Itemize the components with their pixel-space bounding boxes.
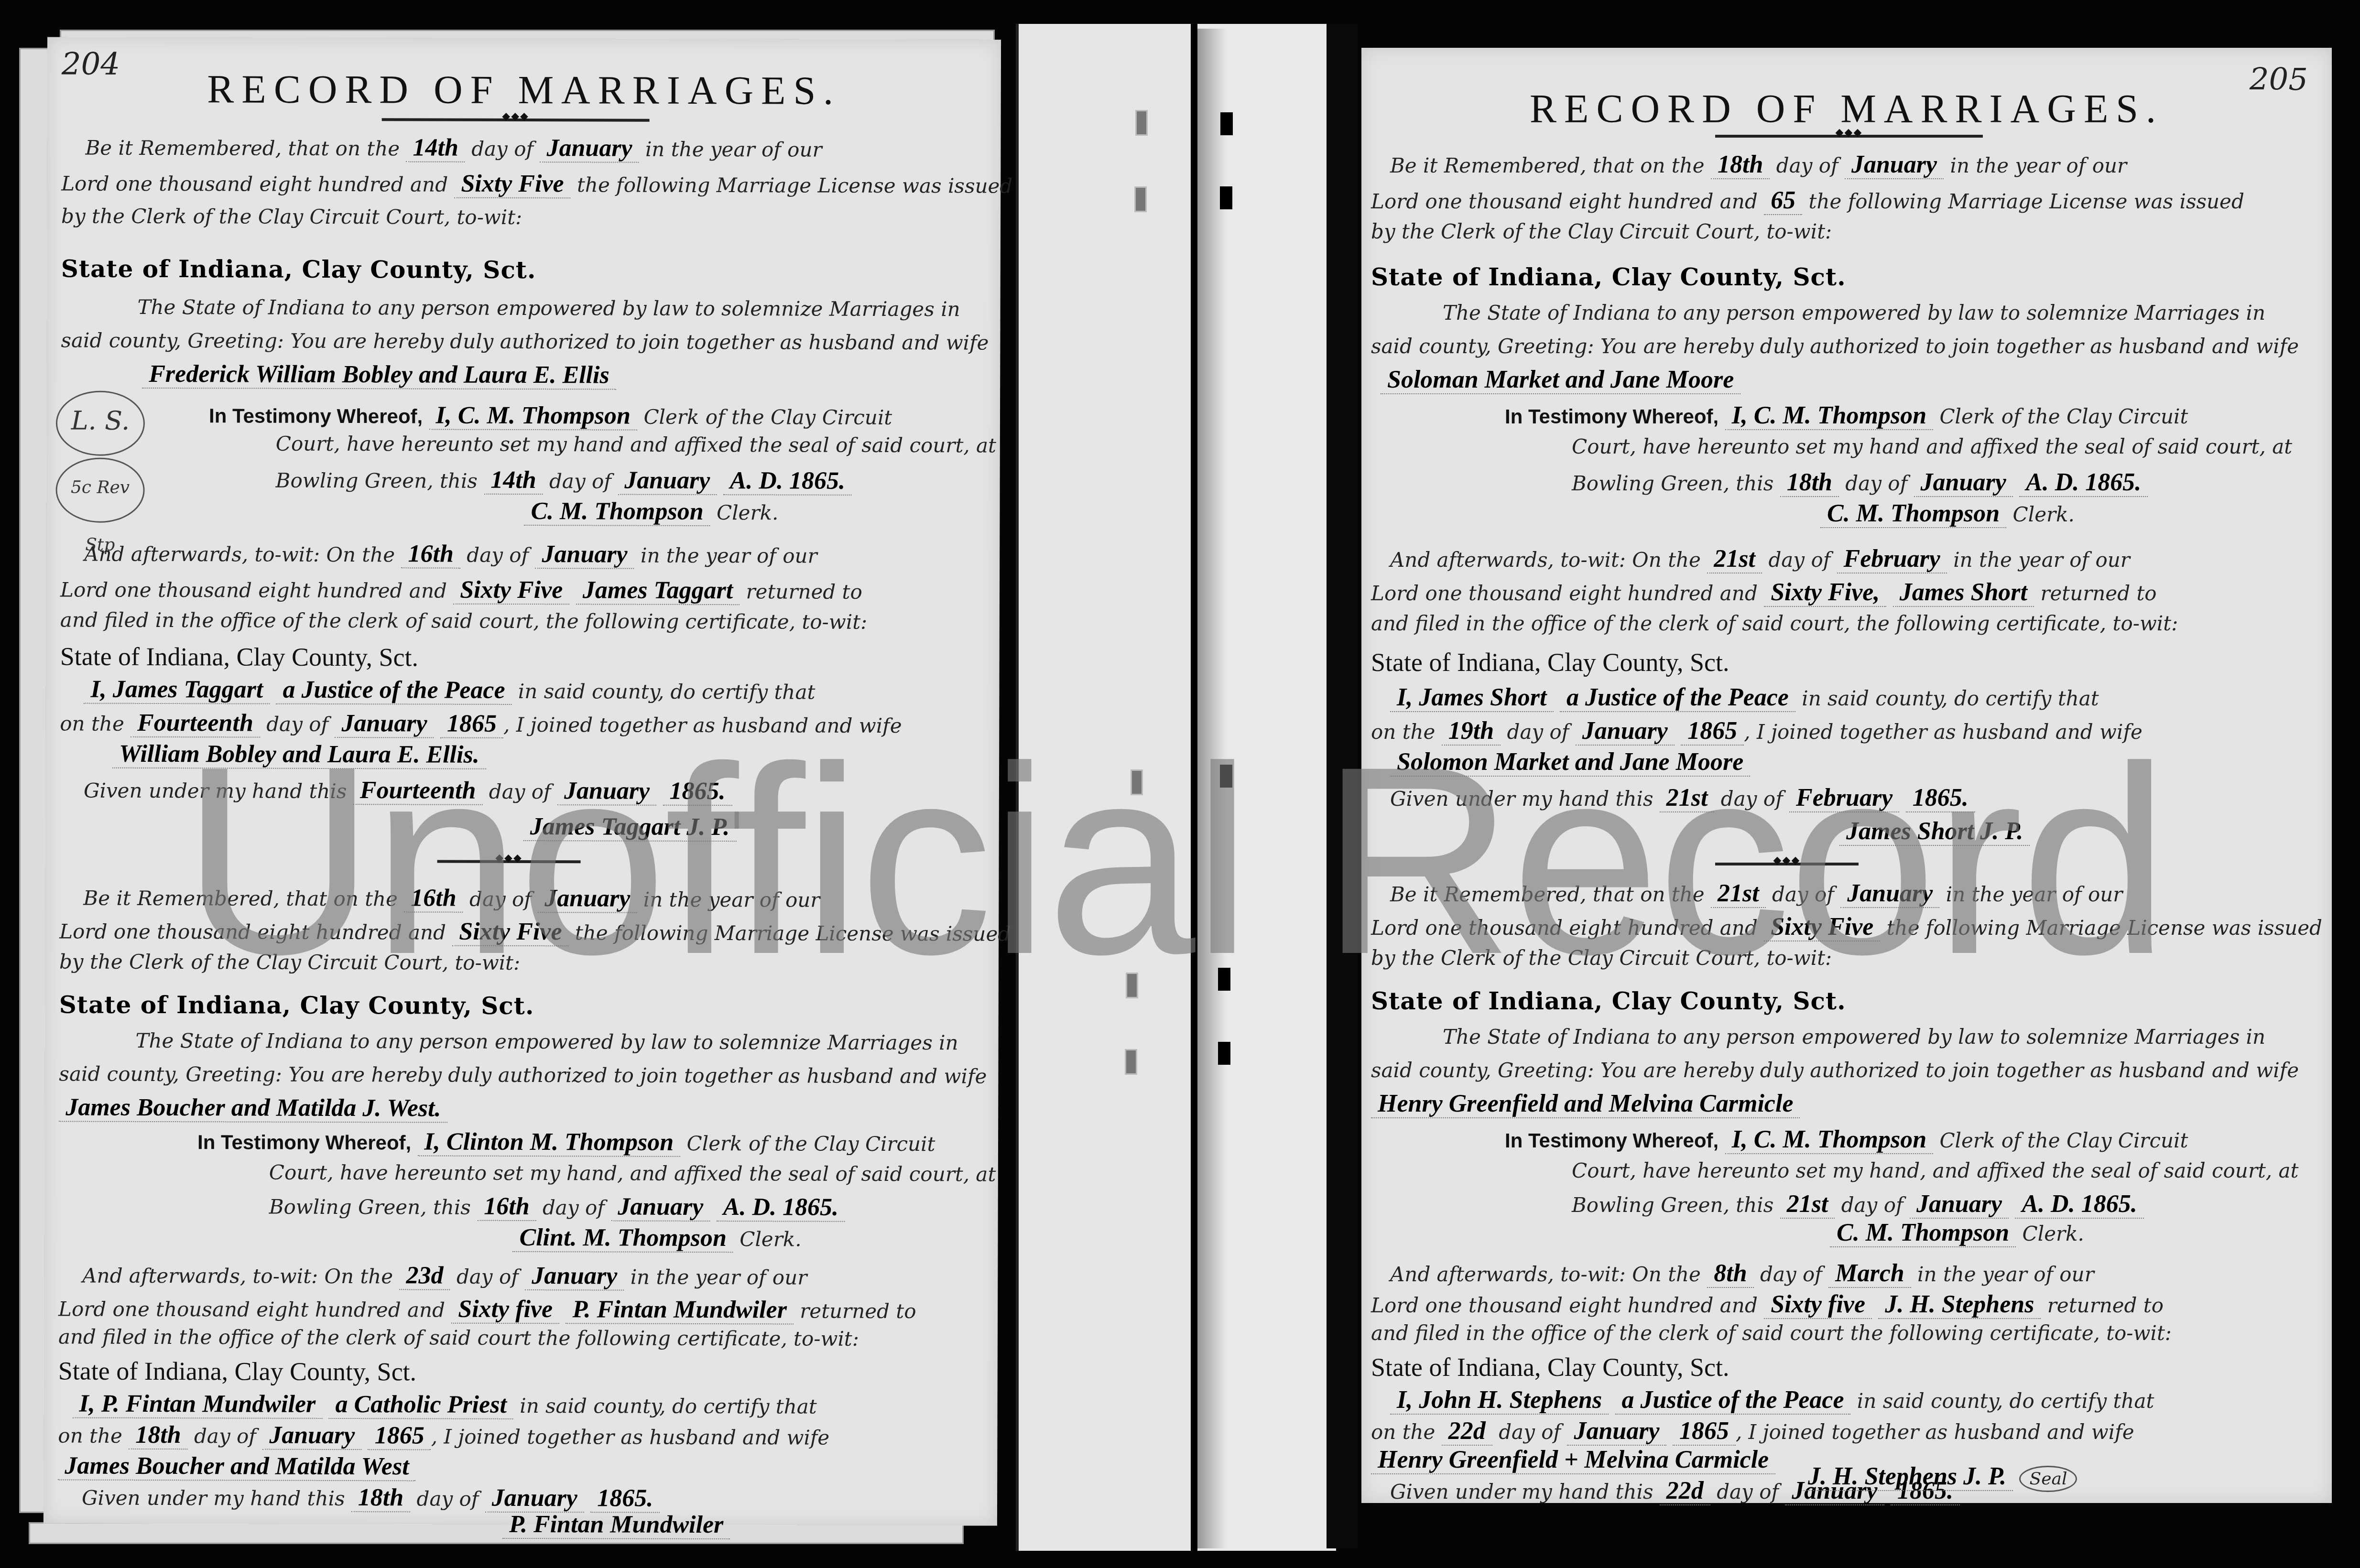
license-line-3: by the Clerk of the Clay Circuit Court, …	[61, 204, 522, 229]
court-line: Court, have hereunto set my hand, and af…	[269, 1161, 996, 1186]
license-line-1: Be it Remembered, that on the 14th day o…	[85, 133, 822, 163]
gutter-gap	[1327, 24, 1358, 1548]
page-title: RECORD OF MARRIAGES.	[47, 65, 1001, 114]
binding-hole	[1134, 186, 1147, 212]
ornament-divider	[382, 118, 650, 121]
return-line-3: and filed in the office of the clerk of …	[58, 1325, 859, 1350]
return-line-1: And afterwards, to-wit: On the 8th day o…	[1390, 1259, 2094, 1287]
clerk-signature-line: Clint. M. Thompson Clerk.	[512, 1223, 801, 1253]
ornament-divider	[437, 860, 581, 864]
license-line-1: Be it Remembered, that on the 16th day o…	[83, 883, 820, 913]
return-line-3: and filed in the office of the clerk of …	[1371, 1321, 2172, 1345]
return-line-2: Lord one thousand eight hundred and Sixt…	[1371, 578, 2157, 606]
revenue-stamp: 5c Rev Stp	[55, 457, 144, 522]
license-line-2: Lord one thousand eight hundred and Sixt…	[1371, 913, 2322, 941]
greeting-line-2: said county, Greeting: You are hereby du…	[59, 1062, 987, 1088]
clerk-signature-line: C. M. Thompson Clerk.	[1820, 499, 2075, 528]
binding-hole	[1218, 968, 1230, 991]
return-line-2: Lord one thousand eight hundred and Sixt…	[1371, 1290, 2164, 1319]
right-page: 205 RECORD OF MARRIAGES. Be it Remembere…	[1361, 48, 2332, 1503]
certificate-couple: Solomon Market and Jane Moore	[1390, 748, 1750, 776]
license-line-3: by the Clerk of the Clay Circuit Court, …	[1371, 946, 1832, 970]
couple-names: James Boucher and Matilda J. West.	[59, 1093, 448, 1122]
certificate-line-1: I, James Short a Justice of the Peace in…	[1390, 683, 2099, 712]
license-line-2: Lord one thousand eight hundred and Sixt…	[61, 168, 1012, 199]
license-line-2: Lord one thousand eight hundred and Sixt…	[59, 916, 1011, 947]
binding-hole	[1220, 186, 1232, 209]
certificate-state-heading: State of Indiana, Clay County, Sct.	[1371, 648, 1729, 677]
binding-hole	[1218, 1042, 1230, 1065]
state-heading: State of Indiana, Clay County, Sct.	[1371, 987, 1846, 1015]
officiant-signature: James Taggart J. P.	[523, 812, 737, 841]
certificate-state-heading: State of Indiana, Clay County, Sct.	[1371, 1352, 1729, 1382]
greeting-line-1: The State of Indiana to any person empow…	[138, 295, 960, 321]
certificate-couple: William Bobley and Laura E. Ellis.	[112, 740, 486, 769]
gutter-shadow	[1197, 29, 1226, 1548]
seal-stamp: Seal	[2019, 1466, 2077, 1492]
return-line-1: And afterwards, to-wit: On the 23d day o…	[82, 1261, 807, 1291]
couple-names: Frederick William Bobley and Laura E. El…	[142, 360, 616, 389]
testimony-line: In Testimony Whereof, I, Clinton M. Thom…	[197, 1127, 935, 1157]
couple-names: Henry Greenfield and Melvina Carmicle	[1371, 1090, 1800, 1118]
testimony-line: In Testimony Whereof, I, C. M. Thompson …	[209, 400, 892, 431]
certificate-line-1: I, John H. Stephens a Justice of the Pea…	[1390, 1386, 2154, 1414]
certificate-line-2: on the 22d day of January 1865, I joined…	[1371, 1417, 2134, 1445]
return-line-3: and filed in the office of the clerk of …	[1371, 612, 2178, 635]
state-heading: State of Indiana, Clay County, Sct.	[1371, 263, 1846, 291]
greeting-line-2: said county, Greeting: You are hereby du…	[1371, 1059, 2299, 1082]
return-line-1: And afterwards, to-wit: On the 16th day …	[84, 539, 817, 569]
return-line-2: Lord one thousand eight hundred and Sixt…	[60, 574, 862, 605]
court-line: Court, have hereunto set my hand and aff…	[276, 432, 996, 457]
certificate-line-2: on the Fourteenth day of January 1865, I…	[60, 708, 902, 739]
binding-hole	[1131, 769, 1143, 795]
greeting-line-1: The State of Indiana to any person empow…	[1443, 1025, 2265, 1049]
given-line: Given under my hand this 18th day of Jan…	[82, 1483, 660, 1513]
scan-background: 204 RECORD OF MARRIAGES. Be it Remembere…	[0, 0, 2360, 1568]
couple-names: Soloman Market and Jane Moore	[1381, 366, 1740, 394]
greeting-line-1: The State of Indiana to any person empow…	[136, 1029, 958, 1055]
license-line-2: Lord one thousand eight hundred and 65 t…	[1371, 186, 2244, 215]
return-line-2: Lord one thousand eight hundred and Sixt…	[58, 1294, 916, 1324]
binding-hole	[1126, 973, 1138, 998]
binding-hole	[1220, 765, 1232, 788]
left-page: 204 RECORD OF MARRIAGES. Be it Remembere…	[44, 37, 1001, 1525]
license-line-1: Be it Remembered, that on the 21st day o…	[1390, 879, 2122, 908]
binding-hole	[1220, 112, 1233, 135]
testimony-line: In Testimony Whereof, I, C. M. Thompson …	[1505, 1125, 2188, 1154]
clerk-signature-line: C. M. Thompson Clerk.	[1830, 1219, 2084, 1247]
certificate-line-1: I, P. Fintan Mundwiler a Catholic Priest…	[73, 1390, 817, 1420]
seal-ls: L. S.	[56, 390, 145, 455]
greeting-line-2: said county, Greeting: You are hereby du…	[1371, 335, 2299, 358]
license-line-3: by the Clerk of the Clay Circuit Court, …	[1371, 220, 1832, 243]
court-line: Court, have hereunto set my hand and aff…	[1572, 435, 2292, 458]
bowling-green-line: Bowling Green, this 14th day of January …	[276, 465, 852, 495]
binding-strip	[1016, 24, 1191, 1551]
page-title: RECORD OF MARRIAGES.	[1361, 86, 2332, 132]
clerk-signature-line: C. M. Thompson Clerk.	[524, 497, 778, 526]
certificate-line-1: I, James Taggart a Justice of the Peace …	[84, 675, 815, 705]
greeting-line-1: The State of Indiana to any person empow…	[1443, 301, 2265, 324]
license-line-1: Be it Remembered, that on the 18th day o…	[1390, 151, 2127, 179]
bowling-green-line: Bowling Green, this 21st day of January …	[1572, 1190, 2144, 1218]
court-line: Court, have hereunto set my hand, and af…	[1572, 1159, 2298, 1182]
bowling-green-line: Bowling Green, this 16th day of January …	[269, 1192, 845, 1222]
greeting-line-2: said county, Greeting: You are hereby du…	[61, 328, 989, 354]
bowling-green-line: Bowling Green, this 18th day of January …	[1572, 468, 2148, 497]
page-stack-bottom	[29, 1522, 964, 1544]
ornament-divider	[1715, 135, 1983, 138]
binding-hole	[1125, 1049, 1137, 1075]
officiant-signature: J. H. Stephens J. P. Seal	[1801, 1462, 2077, 1492]
return-line-1: And afterwards, to-wit: On the 21st day …	[1390, 545, 2130, 573]
license-day: 14th	[406, 134, 465, 162]
state-heading: State of Indiana, Clay County, Sct.	[59, 990, 534, 1020]
officiant-signature: P. Fintan Mundwiler	[502, 1510, 730, 1539]
license-line-3: by the Clerk of the Clay Circuit Court, …	[59, 950, 520, 974]
license-month: January	[540, 134, 639, 163]
officiant-signature: James Short J. P.	[1839, 817, 2030, 845]
certificate-couple: Henry Greenfield + Melvina Carmicle	[1371, 1446, 1775, 1474]
return-line-3: and filed in the office of the clerk of …	[60, 608, 867, 633]
state-heading: State of Indiana, Clay County, Sct.	[61, 254, 536, 284]
certificate-state-heading: State of Indiana, Clay County, Sct.	[60, 641, 419, 672]
certificate-line-2: on the 18th day of January 1865, I joine…	[58, 1420, 829, 1450]
certificate-line-2: on the 19th day of January 1865, I joine…	[1371, 717, 2142, 745]
binding-hole	[1135, 110, 1148, 136]
certificate-state-heading: State of Indiana, Clay County, Sct.	[58, 1356, 417, 1386]
ornament-divider	[1715, 863, 1859, 865]
testimony-line: In Testimony Whereof, I, C. M. Thompson …	[1505, 401, 2188, 430]
certificate-couple: James Boucher and Matilda West	[58, 1451, 416, 1481]
given-line: Given under my hand this Fourteenth day …	[84, 776, 732, 806]
given-line: Given under my hand this 21st day of Feb…	[1390, 784, 1975, 812]
